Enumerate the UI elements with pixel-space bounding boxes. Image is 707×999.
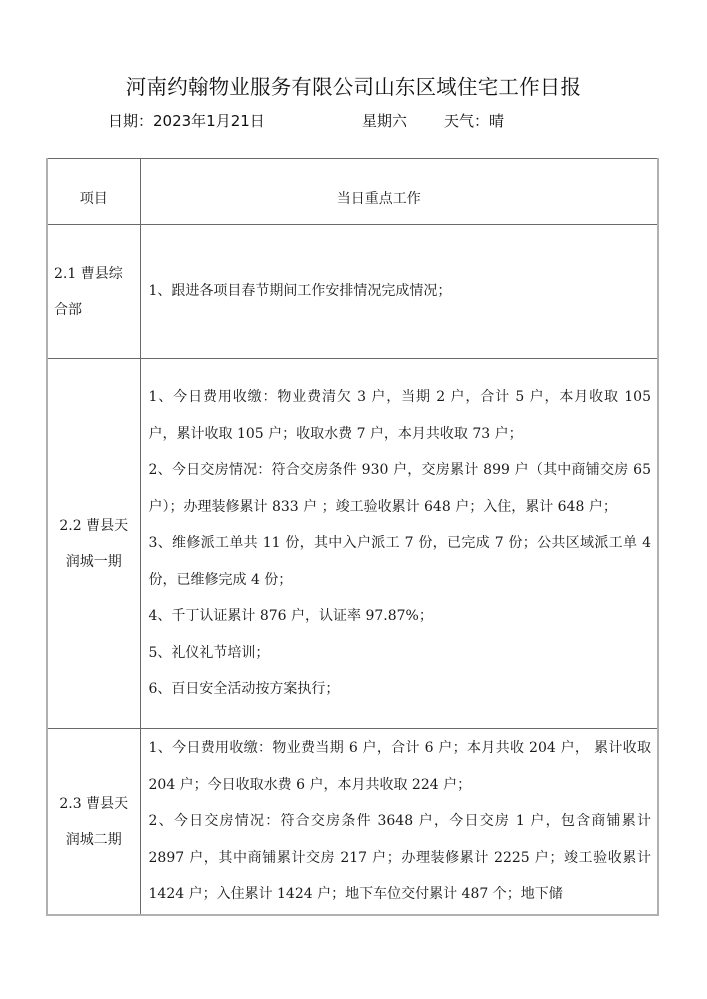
work-cell: 1、今日费用收缴：物业费清欠 3 户，当期 2 户，合计 5 户，本月收取 10…: [140, 359, 658, 729]
project-cell: 2.1 曹县综合部: [47, 225, 140, 359]
report-weather: 天气：晴: [444, 110, 504, 131]
work-item: 5、礼仪礼节培训；: [149, 635, 652, 672]
header-project: 项目: [47, 159, 140, 225]
work-cell: 1、今日费用收缴：物业费当期 6 户，合计 6 户；本月共收 204 户， 累计…: [140, 729, 658, 916]
daily-work-table: 项目 当日重点工作 2.1 曹县综合部 1、跟进各项目春节期间工作安排情况完成情…: [46, 158, 659, 916]
report-date: 日期：2023年1月21日: [108, 110, 265, 131]
report-title: 河南约翰物业服务有限公司山东区域住宅工作日报: [0, 70, 707, 100]
work-item: 1、今日费用收缴：物业费当期 6 户，合计 6 户；本月共收 204 户， 累计…: [149, 730, 652, 803]
work-item: 6、百日安全活动按方案执行；: [149, 671, 652, 708]
table-row: 2.3 曹县天润城二期 1、今日费用收缴：物业费当期 6 户，合计 6 户；本月…: [47, 729, 658, 916]
work-item: 1、跟进各项目春节期间工作安排情况完成情况；: [149, 273, 652, 310]
work-item: 1、今日费用收缴：物业费清欠 3 户，当期 2 户，合计 5 户，本月收取 10…: [149, 379, 652, 452]
work-item: 2、今日交房情况：符合交房条件 930 户，交房累计 899 户（其中商铺交房 …: [149, 452, 652, 525]
work-item: 2、今日交房情况：符合交房条件 3648 户，今日交房 1 户，包含商铺累计 2…: [149, 803, 652, 913]
table-row: 2.1 曹县综合部 1、跟进各项目春节期间工作安排情况完成情况；: [47, 225, 658, 359]
work-cell: 1、跟进各项目春节期间工作安排情况完成情况；: [140, 225, 658, 359]
table-row: 2.2 曹县天润城一期 1、今日费用收缴：物业费清欠 3 户，当期 2 户，合计…: [47, 359, 658, 729]
work-item: 4、千丁认证累计 876 户，认证率 97.87%；: [149, 598, 652, 635]
project-cell: 2.3 曹县天润城二期: [47, 729, 140, 916]
report-weekday: 星期六: [362, 110, 407, 131]
project-cell: 2.2 曹县天润城一期: [47, 359, 140, 729]
table-header-row: 项目 当日重点工作: [47, 159, 658, 225]
work-item: 3、维修派工单共 11 份，其中入户派工 7 份，已完成 7 份；公共区域派工单…: [149, 525, 652, 598]
header-work: 当日重点工作: [140, 159, 658, 225]
